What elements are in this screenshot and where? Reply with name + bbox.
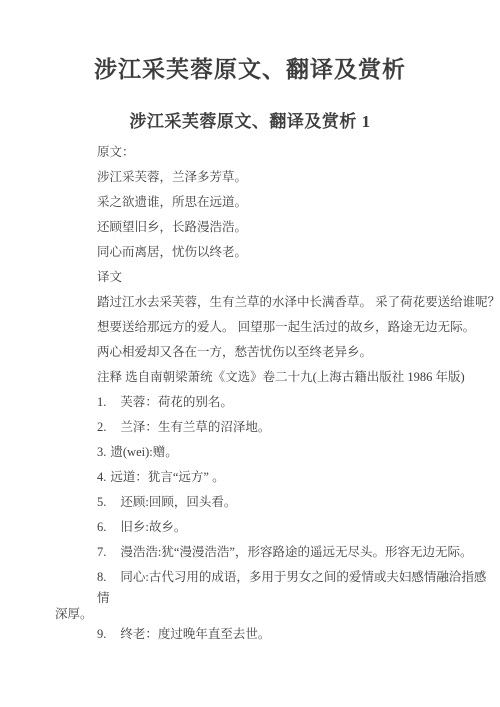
note-item: 9.终老：度过晚年直至去世。 <box>97 622 478 647</box>
document-title: 涉江采芙蓉原文、翻译及赏析 <box>0 0 500 85</box>
note-number: 2. <box>97 415 106 440</box>
translation-line: 踏过江水去采芙蓉，生有兰草的水泽中长满香草。 采了荷花要送给谁呢？ <box>97 290 478 315</box>
note-item: 1.芙蓉：荷花的别名。 <box>97 390 478 415</box>
document-subtitle: 涉江采芙蓉原文、翻译及赏析 1 <box>0 111 500 133</box>
translation-line: 两心相爱却又各在一方，愁苦忧伤以至终老异乡。 <box>97 340 478 365</box>
poem-line: 涉江采芙蓉，兰泽多芳草。 <box>97 165 478 190</box>
note-item: 2.兰泽：生有兰草的沼泽地。 <box>97 415 478 440</box>
note-text: 远道：犹言“远方” 。 <box>110 470 224 484</box>
note-text: 芙蓉：荷花的别名。 <box>120 395 233 409</box>
note-item: 3.遗(wei):赠。 <box>97 440 478 465</box>
note-number: 3. <box>97 440 106 465</box>
translation-line: 想要送给那远方的爱人。 回望那一起生活过的故乡，路途无边无际。 <box>97 315 478 340</box>
note-number: 8. <box>97 565 106 590</box>
document-page: 涉江采芙蓉原文、翻译及赏析 涉江采芙蓉原文、翻译及赏析 1 原文： 涉江采芙蓉，… <box>0 0 500 707</box>
note-number: 9. <box>97 622 106 647</box>
note-text: 同心:古代习用的成语，多用于男女之间的爱情或夫妇感情融洽指感 <box>120 570 486 584</box>
note-text: 旧乡:故乡。 <box>120 520 186 534</box>
note-item: 7.漫浩浩:犹“漫漫浩浩”，形容路途的遥远无尽头。形容无边无际。 <box>97 540 478 565</box>
note-item: 5.还顾:回顾，回头看。 <box>97 490 478 515</box>
note-text: 兰泽：生有兰草的沼泽地。 <box>120 420 270 434</box>
note-item: 6.旧乡:故乡。 <box>97 515 478 540</box>
note-number: 7. <box>97 540 106 565</box>
original-label: 原文： <box>97 140 478 165</box>
note-text: 遗(wei):赠。 <box>110 445 177 459</box>
translation-label: 译文 <box>97 265 478 290</box>
poem-line: 采之欲遗谁，所思在远道。 <box>97 190 478 215</box>
note-number: 5. <box>97 490 106 515</box>
poem-line: 同心而离居，忧伤以终老。 <box>97 240 478 265</box>
poem-line: 还顾望旧乡，长路漫浩浩。 <box>97 215 478 240</box>
note-item: 4.远道：犹言“远方” 。 <box>97 465 478 490</box>
note-number: 1. <box>97 390 106 415</box>
note-continuation: 情 <box>97 590 478 606</box>
document-body: 原文： 涉江采芙蓉，兰泽多芳草。 采之欲遗谁，所思在远道。 还顾望旧乡，长路漫浩… <box>97 140 478 647</box>
note-number: 6. <box>97 515 106 540</box>
note-text: 还顾:回顾，回头看。 <box>120 495 236 509</box>
note-item: 8.同心:古代习用的成语，多用于男女之间的爱情或夫妇感情融洽指感 <box>97 565 478 590</box>
notes-header: 注释 选自南朝梁萧统《文选》卷二十九(上海古籍出版社 1986 年版) <box>97 365 478 390</box>
note-continuation: 深厚。 <box>55 606 478 622</box>
note-text: 漫浩浩:犹“漫漫浩浩”，形容路途的遥远无尽头。形容无边无际。 <box>120 545 472 559</box>
note-text: 终老：度过晚年直至去世。 <box>120 627 270 641</box>
note-number: 4. <box>97 465 106 490</box>
